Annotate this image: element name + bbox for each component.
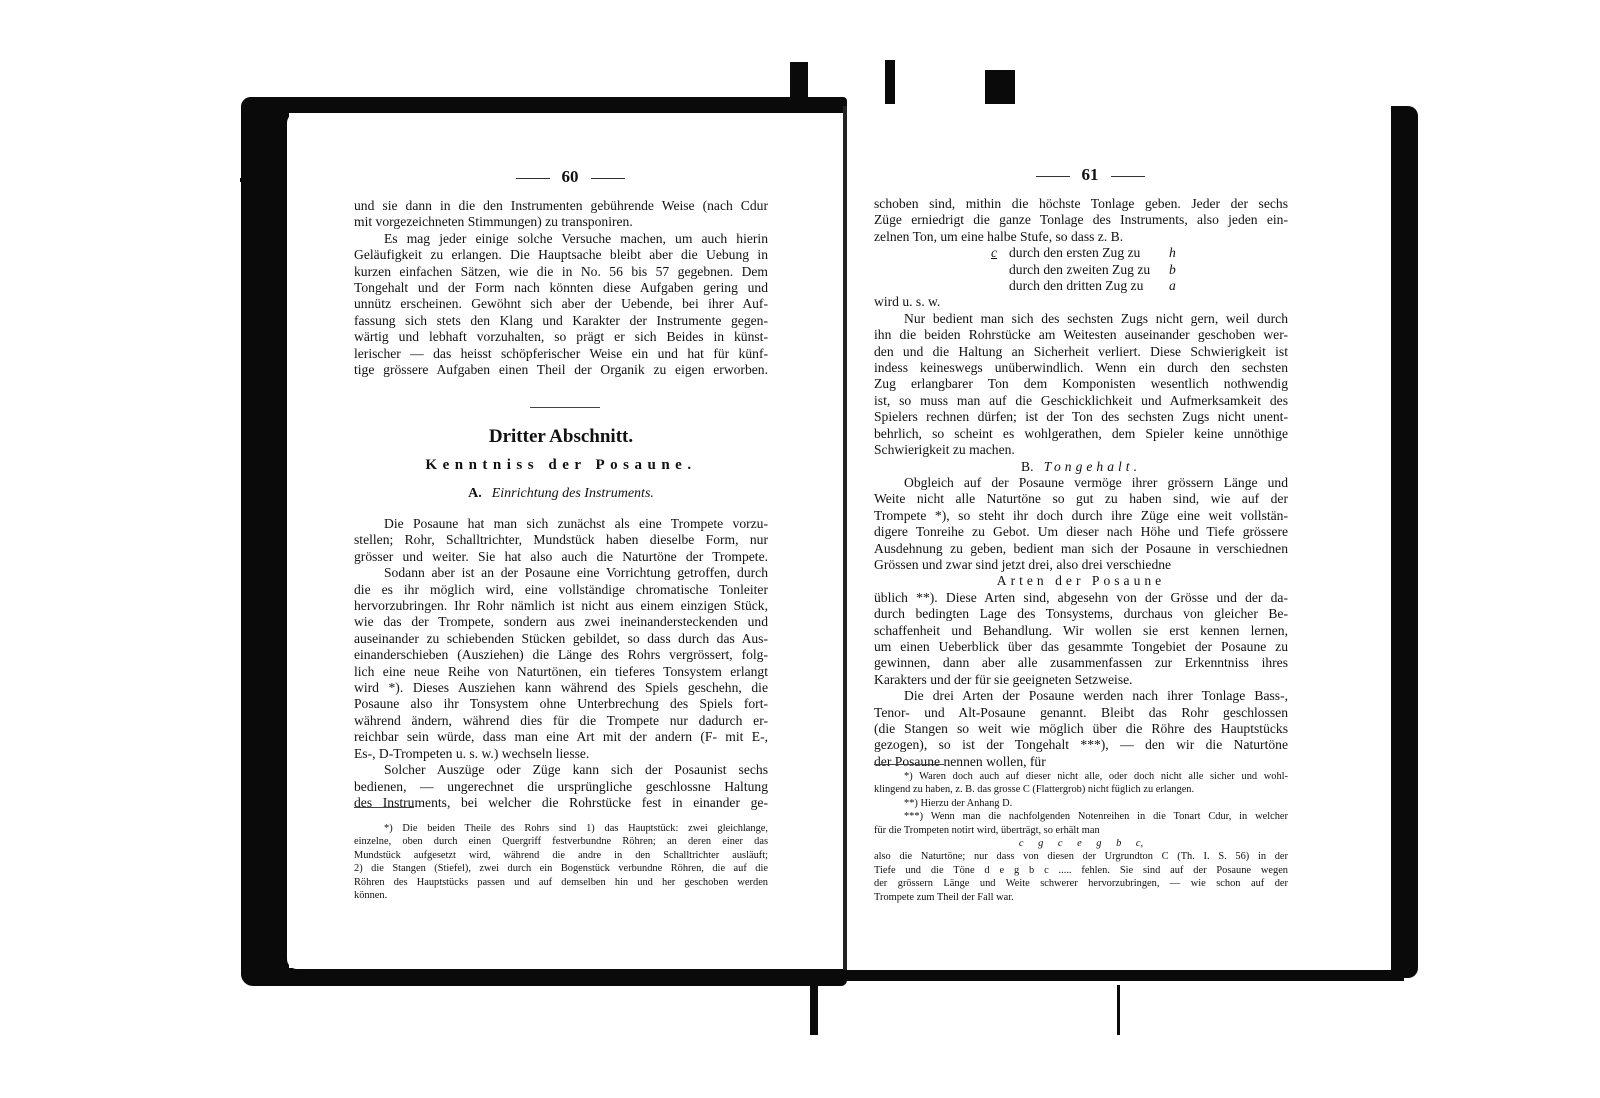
- book-cover-left-edge: [241, 97, 289, 985]
- spine-ink-mark: [1117, 985, 1120, 1035]
- text-line: Sodann aber ist an der Posaune eine Vorr…: [354, 565, 768, 581]
- text-line: Nur bedient man sich des sechsten Zugs n…: [874, 311, 1288, 327]
- text-line: wärtig und lebhaft vorzuhalten, so prägt…: [354, 329, 768, 345]
- text-line: wird *). Dieses Ausziehen kann während d…: [354, 680, 768, 696]
- footnote-divider: [874, 764, 944, 765]
- footnote-line: Tiefe und die Töne d e g b c ..... fehle…: [874, 864, 1288, 877]
- right-intro-text: schoben sind, mithin die höchste Tonlage…: [874, 196, 1288, 770]
- subsection-title: Tongehalt.: [1044, 459, 1141, 474]
- text-line: einanderschieben (Ausziehen) die Länge d…: [354, 647, 768, 663]
- page-number-text: 60: [562, 167, 579, 186]
- text-line: wie das der Trompete, sondern aus zwei i…: [354, 614, 768, 630]
- text-line: üblich **). Diese Arten sind, abgesehn v…: [874, 590, 1288, 606]
- text-line: schaffenheit und Behandlung. Wir wollen …: [874, 623, 1288, 639]
- spine-ink-mark: [985, 70, 1015, 104]
- zug-table: cdurch den ersten Zug zuh durch den zwei…: [874, 245, 1288, 294]
- text-line: um einen Ueberblick über das gesammte To…: [874, 639, 1288, 655]
- footnote-line: *) Die beiden Theile des Rohrs sind 1) d…: [354, 822, 768, 835]
- arten-heading: Arten der Posaune: [874, 573, 1288, 589]
- text-line: Obgleich auf der Posaune vermöge ihrer g…: [874, 475, 1288, 491]
- book-cover-bottom-edge-right: [844, 969, 1404, 981]
- footnote-divider: [354, 807, 414, 808]
- book-cover-top-edge: [241, 97, 847, 113]
- footnote-line: ***) Wenn man die nachfolgenden Notenrei…: [874, 810, 1288, 823]
- text-line: tige grössere Aufgaben einen Theil der O…: [354, 362, 768, 378]
- text-line: Weite nicht alle Naturtöne so gut zu hab…: [874, 491, 1288, 507]
- text-line: Züge erniedrigt die ganze Tonlage des In…: [874, 212, 1288, 228]
- text-line: wird u. s. w.: [874, 294, 1288, 310]
- page-number-text: 61: [1082, 165, 1099, 184]
- zug-text: durch den ersten Zug zu: [1009, 245, 1169, 261]
- zug-result: a: [1169, 278, 1189, 294]
- text-line: Zug erlangbarer Ton dem Komponisten wese…: [874, 376, 1288, 392]
- spine-ink-mark: [885, 60, 895, 104]
- footnote-line: Mundstück aufgesetzt wird, während die a…: [354, 849, 768, 862]
- text-line: Schwierigkeit zu machen.: [874, 442, 1288, 458]
- footnote-line: der grössern Länge und Weite schwerer he…: [874, 877, 1288, 890]
- zug-note: c: [979, 245, 1009, 261]
- text-line: Karakters und der für sie geeigneten Set…: [874, 672, 1288, 688]
- footnote-line: Röhren des Hauptstücks passen und auf de…: [354, 876, 768, 889]
- note-series: c g c e g b c,: [874, 837, 1288, 850]
- text-line: ist, so muss man auf die Geschicklichkei…: [874, 393, 1288, 409]
- subsection-heading-b: B. Tongehalt.: [874, 459, 1288, 475]
- footnote-line: Trompete zum Theil der Fall war.: [874, 891, 1288, 904]
- footnote-line: *) Waren doch auch auf dieser nicht alle…: [874, 770, 1288, 783]
- text-line: kurzen einfachen Sätzen, wie die in No. …: [354, 264, 768, 280]
- text-line: unnütz erscheinen. Gewöhnt sich aber der…: [354, 296, 768, 312]
- text-line: Grössen und zwar sind jetzt drei, also d…: [874, 557, 1288, 573]
- text-line: Tenor- und Alt-Posaune genannt. Bleibt d…: [874, 705, 1288, 721]
- zug-result: h: [1169, 245, 1189, 261]
- zug-result: b: [1169, 262, 1189, 278]
- scan-speck: [240, 178, 248, 182]
- spine-ink-mark: [790, 62, 808, 102]
- text-line: Tongehalt und der Form nach könnten dies…: [354, 280, 768, 296]
- zug-text: durch den zweiten Zug zu: [1009, 262, 1169, 278]
- spine-ink-mark: [810, 985, 818, 1035]
- text-line: Die Posaune hat man sich zunächst als ei…: [354, 516, 768, 532]
- text-line: auseinander zu schiebenden Stücken gebil…: [354, 631, 768, 647]
- text-line: Es-, D-Trompeten u. s. w.) wechseln lies…: [354, 746, 768, 762]
- footnote-line: einzelne, oben durch einen Quergriff fes…: [354, 835, 768, 848]
- footnote-line: klingend zu haben, z. B. das grosse C (F…: [874, 783, 1288, 796]
- footnote-line: 2) die Stangen (Stiefel), zwei durch ein…: [354, 862, 768, 875]
- text-line: lerischer — das heisst schöpferischer We…: [354, 346, 768, 362]
- text-line: des Instruments, bei welcher die Rohrstü…: [354, 795, 768, 811]
- text-line: reichbar sein würde, dass man eine Art m…: [354, 729, 768, 745]
- right-footnotes: *) Waren doch auch auf dieser nicht alle…: [874, 770, 1288, 904]
- text-line: gezogen), so ist der Tongehalt ***), — d…: [874, 737, 1288, 753]
- book-cover-right-edge: [1388, 106, 1418, 978]
- text-line: hervorzubringen. Ihr Rohr nämlich ist ni…: [354, 598, 768, 614]
- section-title: Dritter Abschnitt.: [354, 426, 768, 448]
- text-line: indess keineswegs unüberwindlich. Wenn e…: [874, 360, 1288, 376]
- left-footnote: *) Die beiden Theile des Rohrs sind 1) d…: [354, 822, 768, 902]
- text-line: während ändern, während dies für die Tro…: [354, 713, 768, 729]
- zug-row: cdurch den ersten Zug zuh: [979, 245, 1288, 261]
- zug-row: durch den dritten Zug zua: [979, 278, 1288, 294]
- text-line: fassung sich stets den Klang und Karakte…: [354, 313, 768, 329]
- text-line: grösser und weiter. Sie hat also auch di…: [354, 549, 768, 565]
- zug-text: durch den dritten Zug zu: [1009, 278, 1169, 294]
- text-line: den und die Haltung an Sicherheit verlie…: [874, 344, 1288, 360]
- right-page-number: 61: [1000, 165, 1180, 185]
- text-line: Trompete *), so steht ihr doch durch ihr…: [874, 508, 1288, 524]
- text-line: der Posaune nennen wollen, für: [874, 754, 1288, 770]
- text-line: mit vorgezeichneten Stimmungen) zu trans…: [354, 214, 768, 230]
- text-line: durch bedingten Lage des Tonsystems, dur…: [874, 606, 1288, 622]
- text-line: Posaune also ihr Tonsystem ohne Unterbre…: [354, 696, 768, 712]
- section-subtitle: Kenntniss der Posaune.: [354, 457, 768, 474]
- text-line: Es mag jeder einige solche Versuche mach…: [354, 231, 768, 247]
- left-page-number: 60: [480, 167, 660, 187]
- text-line: zelnen Ton, um eine halbe Stufe, so dass…: [874, 229, 1288, 245]
- text-line: und sie dann in die den Instrumenten geb…: [354, 198, 768, 214]
- text-line: Die drei Arten der Posaune werden nach i…: [874, 688, 1288, 704]
- footnote-line: können.: [354, 889, 768, 902]
- subsection-letter: B.: [1021, 459, 1033, 474]
- text-line: digere Tonreihe zu Gebot. Um dieser nach…: [874, 524, 1288, 540]
- text-line: lich eine neue Reihe von Naturtönen, ein…: [354, 664, 768, 680]
- text-line: Ausdehnung zu geben, bedient man sich de…: [874, 541, 1288, 557]
- book-cover-bottom-edge: [241, 968, 847, 986]
- subsection-letter: A.: [468, 486, 482, 501]
- text-line: Spielers rechnen dürfen; ist der Ton des…: [874, 409, 1288, 425]
- text-line: die es ihr möglich wird, eine vollständi…: [354, 582, 768, 598]
- text-line: (die Stangen so weit wie möglich über di…: [874, 721, 1288, 737]
- footnote-line: **) Hierzu der Anhang D.: [874, 797, 1288, 810]
- left-intro-text: und sie dann in die den Instrumenten geb…: [354, 198, 768, 378]
- text-line: Solcher Auszüge oder Züge kann sich der …: [354, 762, 768, 778]
- text-line: behrlich, so scheint es wohlgerathen, de…: [874, 426, 1288, 442]
- text-line: stellen; Rohr, Schalltrichter, Mundstück…: [354, 532, 768, 548]
- left-body-text: Die Posaune hat man sich zunächst als ei…: [354, 516, 768, 811]
- text-line: bedienen, — ungerechnet die ursprünglich…: [354, 779, 768, 795]
- text-line: ihn die beiden Rohrstücke am Weitesten a…: [874, 327, 1288, 343]
- subsection-heading-a: A.Einrichtung des Instruments.: [354, 486, 768, 502]
- zug-row: durch den zweiten Zug zub: [979, 262, 1288, 278]
- text-line: Geläufigkeit zu erlangen. Die Hauptsache…: [354, 247, 768, 263]
- footnote-line: also die Naturtöne; nur dass von diesen …: [874, 850, 1288, 863]
- section-divider: [530, 407, 600, 408]
- text-line: gewinnen, dann aber alle zusammenfassen …: [874, 655, 1288, 671]
- footnote-line: für die Trompeten notirt wird, überträgt…: [874, 824, 1288, 837]
- text-line: schoben sind, mithin die höchste Tonlage…: [874, 196, 1288, 212]
- subsection-title: Einrichtung des Instruments.: [492, 486, 654, 501]
